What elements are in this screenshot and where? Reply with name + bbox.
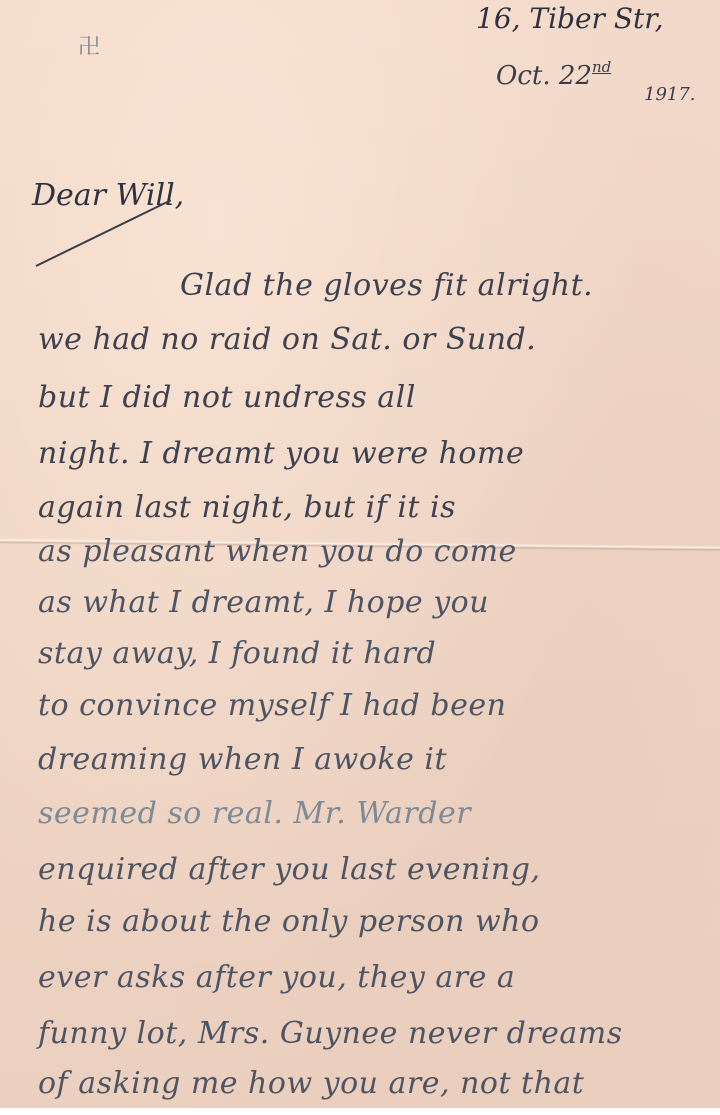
- sender-address: 16, Tiber Str,: [476, 2, 663, 35]
- body-line: stay away, I found it hard: [38, 636, 436, 671]
- body-line: as pleasant when you do come: [38, 534, 517, 569]
- corner-mark-symbol: 卍: [78, 30, 100, 61]
- date-year: 1917.: [644, 84, 696, 105]
- body-line: to convince myself I had been: [38, 688, 506, 723]
- body-line: but I did not undress all: [38, 380, 416, 415]
- body-line: enquired after you last evening,: [38, 852, 540, 887]
- date-ordinal: nd: [592, 58, 611, 76]
- body-line: seemed so real. Mr. Warder: [38, 796, 471, 831]
- letter-page: 卍 16, Tiber Str, Oct. 22nd 1917. Dear Wi…: [0, 0, 720, 1108]
- letter-date: Oct. 22nd 1917.: [496, 58, 611, 91]
- body-line: night. I dreamt you were home: [38, 436, 524, 471]
- body-line: again last night, but if it is: [38, 490, 456, 525]
- body-line: we had no raid on Sat. or Sund.: [38, 322, 536, 357]
- body-line: as what I dreamt, I hope you: [38, 585, 489, 620]
- body-line: ever asks after you, they are a: [38, 960, 515, 995]
- body-line: of asking me how you are, not that: [38, 1066, 584, 1101]
- body-line: he is about the only person who: [38, 904, 540, 939]
- body-line: Glad the gloves fit alright.: [180, 268, 593, 303]
- salutation: Dear Will,: [32, 178, 184, 213]
- date-month-day: Oct. 22: [496, 61, 592, 91]
- body-line: dreaming when I awoke it: [38, 742, 447, 777]
- body-line: funny lot, Mrs. Guynee never dreams: [38, 1016, 623, 1051]
